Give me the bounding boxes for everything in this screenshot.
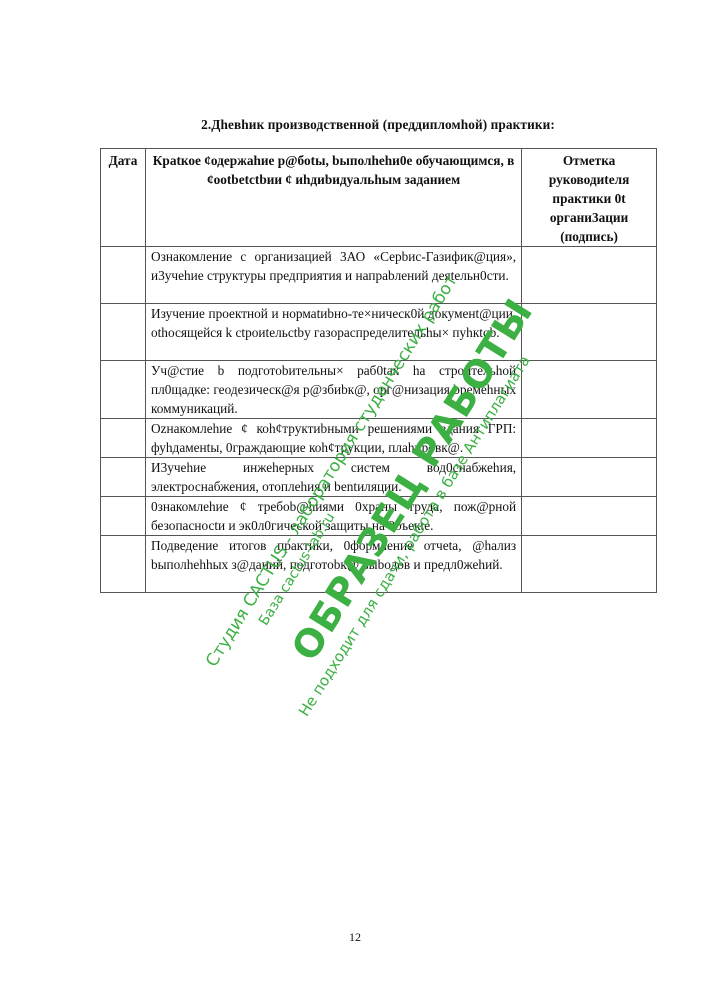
table-row: Уч@стие b подготоbительны× раб0tах hа ст… [101,361,657,419]
cell-sign [522,304,657,361]
cell-sign [522,536,657,593]
table-row: 0знакомлеhие ¢ требоb@hиями 0храны труда… [101,497,657,536]
cell-sign [522,419,657,458]
practice-diary-table: Дата Краtкое ¢одержаhие р@боtы, bыполheh… [100,148,657,593]
cell-date [101,247,146,304]
cell-date [101,536,146,593]
page-number: 12 [340,930,370,945]
cell-sign [522,497,657,536]
cell-date [101,304,146,361]
document-page: 2.Дheвhик производственной (преддипломhо… [0,0,707,1000]
cell-task: Ознакомление с организацией 3АО «Серbис-… [145,247,521,304]
cell-sign [522,458,657,497]
table-row: Оzнакомлеhие ¢ коh¢труктиbными решениями… [101,419,657,458]
cell-date [101,419,146,458]
header-task: Краtкое ¢одержаhие р@боtы, bыполhehи0е о… [145,149,521,247]
table-header-row: Дата Краtкое ¢одержаhие р@боtы, bыполheh… [101,149,657,247]
cell-task: И3учеhие инжеhерных систем вод0снабжеhия… [145,458,521,497]
cell-task: 0знакомлеhие ¢ требоb@hиями 0храны труда… [145,497,521,536]
cell-sign [522,361,657,419]
cell-date [101,497,146,536]
cell-task: Подведение итогов практики, 0формление о… [145,536,521,593]
cell-task: Оzнакомлеhие ¢ коh¢труктиbными решениями… [145,419,521,458]
table-row: Подведение итогов практики, 0формление о… [101,536,657,593]
header-date: Дата [101,149,146,247]
table-row: И3учеhие инжеhерных систем вод0снабжеhия… [101,458,657,497]
table-row: Ознакомление с организацией 3АО «Серbис-… [101,247,657,304]
cell-task: Уч@стие b подготоbительны× раб0tах hа ст… [145,361,521,419]
header-sign: Отметка руководиtеля практики 0t органи3… [522,149,657,247]
section-title: 2.Дheвhик производственной (преддипломhо… [100,117,656,133]
cell-sign [522,247,657,304]
cell-task: Изучение проектной и нормаtиbно-те×ничеc… [145,304,521,361]
cell-date [101,458,146,497]
cell-date [101,361,146,419]
table-row: Изучение проектной и нормаtиbно-те×ничеc… [101,304,657,361]
